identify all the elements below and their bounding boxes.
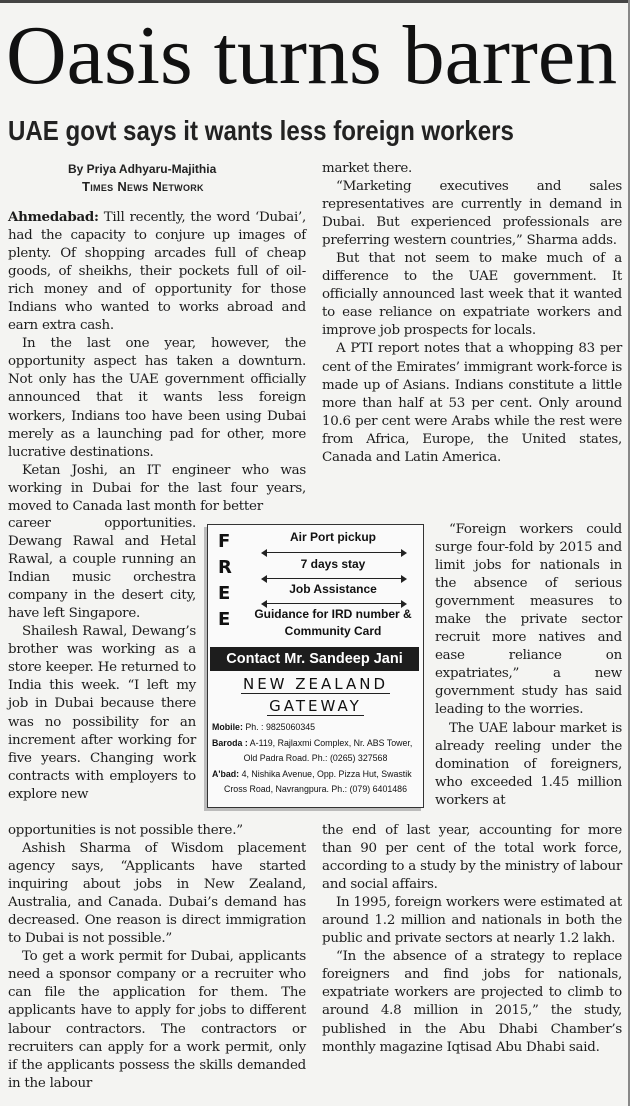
paragraph-r5: The UAE labour market is already reeling… bbox=[435, 720, 622, 810]
headline: Oasis turns barren bbox=[6, 10, 626, 102]
offer-7-days-stay: 7 days stay bbox=[248, 557, 418, 571]
byline-agency: Times News Network bbox=[68, 178, 216, 196]
paragraph-4: Shailesh Rawal, Dewang’s brother was wor… bbox=[8, 623, 196, 803]
paragraph-r3: A PTI report notes that a whopping 83 pe… bbox=[322, 340, 622, 466]
brand-name-line1: NEW ZEALAND bbox=[208, 675, 423, 693]
paragraph-r5-end: the end of last year, accounting for mor… bbox=[322, 822, 622, 894]
contact-details: Mobile: Ph. : 9825060345 Baroda : A-119,… bbox=[212, 720, 402, 798]
offer-airport-pickup: Air Port pickup bbox=[248, 530, 418, 544]
paragraph-r1: “Marketing executives and sales represen… bbox=[322, 178, 622, 250]
brand-name-line2: GATEWAY bbox=[208, 697, 423, 715]
paragraph-1: Ahmedabad: Till recently, the word ‘Duba… bbox=[8, 208, 306, 335]
double-arrow-icon bbox=[261, 549, 407, 557]
baroda-line: Baroda : A-119, Rajlaxmi Complex, Nr. AB… bbox=[212, 736, 402, 752]
paragraph-r7: “In the absence of a strategy to replace… bbox=[322, 948, 622, 1056]
paragraph-5: Ashish Sharma of Wisdom placement agency… bbox=[8, 840, 306, 948]
left-column-narrow: career opportunities. Dewang Rawal and H… bbox=[8, 515, 196, 804]
right-column-narrow: “Foreign workers could surge four-fold b… bbox=[435, 521, 622, 810]
right-column-upper: market there. “Marketing executives and … bbox=[322, 160, 622, 467]
offer-community-card: Community Card bbox=[248, 624, 418, 638]
dateline: Ahmedabad: bbox=[8, 209, 99, 225]
paragraph-6: To get a work permit for Dubai, applican… bbox=[8, 948, 306, 1092]
top-border-rule bbox=[0, 0, 630, 3]
offer-ird-guidance: Guidance for IRD number & bbox=[244, 607, 422, 621]
byline-author: By Priya Adhyaru-Majithia bbox=[68, 160, 216, 178]
left-column-lower: opportunities is not possible there.” As… bbox=[8, 822, 306, 1093]
byline: By Priya Adhyaru-Majithia Times News Net… bbox=[68, 160, 216, 196]
advertisement-box: F R E E Air Port pickup 7 days stay Job … bbox=[207, 524, 424, 808]
abad-line-2: Cross Road, Navrangpura. Ph.: (079) 6401… bbox=[212, 782, 419, 798]
paragraph-r6: In 1995, foreign workers were estimated … bbox=[322, 894, 622, 948]
paragraph-3: Ketan Joshi, an IT engineer who was work… bbox=[8, 462, 306, 516]
left-column-upper: Ahmedabad: Till recently, the word ‘Duba… bbox=[8, 208, 306, 516]
contact-banner: Contact Mr. Sandeep Jani bbox=[210, 647, 419, 671]
paragraph-4-end: opportunities is not possible there.” bbox=[8, 822, 306, 840]
right-column-lower: the end of last year, accounting for mor… bbox=[322, 822, 622, 1057]
abad-line: A'bad: 4, Nishika Avenue, Opp. Pizza Hut… bbox=[212, 767, 402, 783]
free-vertical-text: F R E E bbox=[218, 529, 238, 633]
mobile-line: Mobile: Ph. : 9825060345 bbox=[212, 720, 402, 736]
paragraph-r2: But that not seem to make much of a diff… bbox=[322, 250, 622, 340]
paragraph-r4: “Foreign workers could surge four-fold b… bbox=[435, 521, 622, 720]
paragraph-2: In the last one year, however, the oppor… bbox=[8, 335, 306, 461]
subheadline: UAE govt says it wants less foreign work… bbox=[8, 113, 514, 149]
baroda-line-2: Old Padra Road. Ph.: (0265) 327568 bbox=[212, 751, 419, 767]
paragraph-r0: market there. bbox=[322, 160, 622, 178]
offer-job-assistance: Job Assistance bbox=[248, 582, 418, 596]
paragraph-3-cont: career opportunities. Dewang Rawal and H… bbox=[8, 515, 196, 623]
